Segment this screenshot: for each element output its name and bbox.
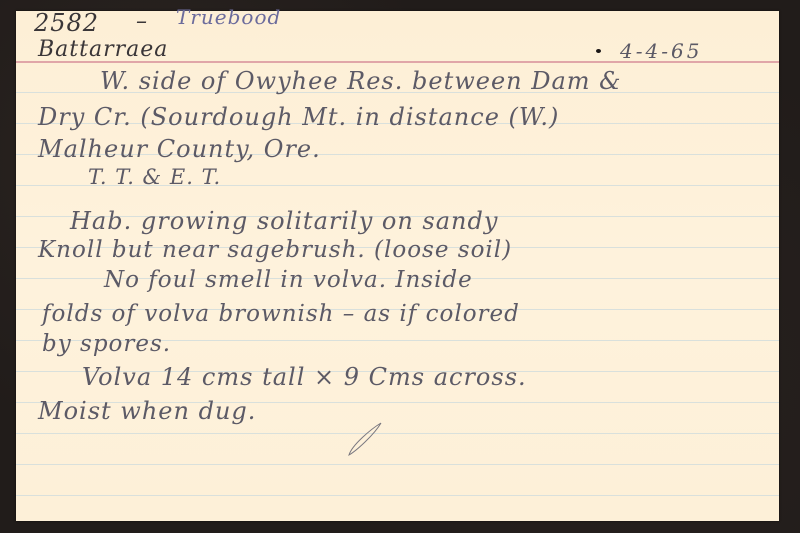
catalog-number: 2582 [34,9,99,37]
locality-line-3: Malheur County, Ore. [38,135,321,163]
locality-line-2: Dry Cr. (Sourdough Mt. in distance (W.) [38,103,559,131]
habitat-line-1: Hab. growing solitarily on sandy [70,207,498,235]
locality-line-1: W. side of Owyhee Res. between Dam & [100,67,622,95]
description-line-1: No foul smell in volva. Inside [104,267,473,293]
ruled-line [16,433,779,434]
measurement-line: Volva 14 cms tall × 9 Cms across. [82,363,527,391]
genus-name: Battarraea [38,37,168,62]
collector-name: Truebood [176,5,281,29]
header-dash: – [136,9,148,34]
condition-line: Moist when dug. [38,397,256,425]
description-line-3: by spores. [42,331,171,357]
ruled-line [16,464,779,465]
ink-dot [596,49,601,53]
collection-date: 4-4-65 [620,39,702,63]
habitat-line-2: Knoll but near sagebrush. (loose soil) [38,237,512,263]
ruled-line [16,495,779,496]
herbarium-index-card: 2582 – Truebood Battarraea 4-4-65 W. sid… [16,11,779,521]
description-line-2: folds of volva brownish – as if colored [42,301,520,327]
collectors-initials: T. T. & E. T. [88,165,221,189]
pencil-flourish [346,421,386,461]
